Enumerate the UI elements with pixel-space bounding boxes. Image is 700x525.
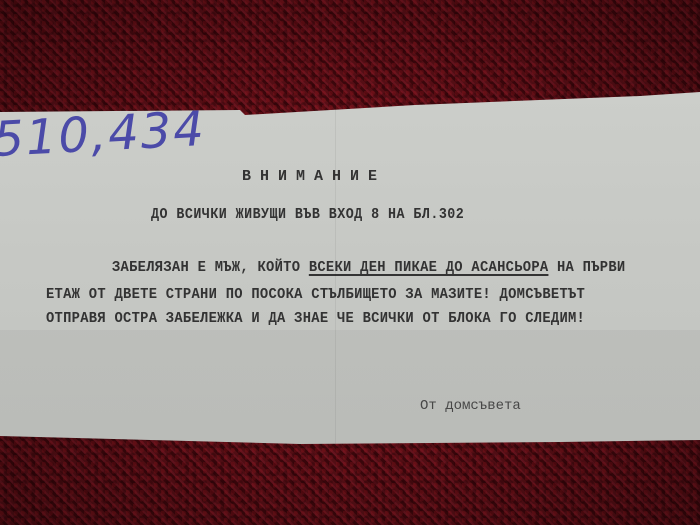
paper-note: 510,434 ВНИМАНИЕ ДО ВСИЧКИ ЖИВУЩИ ВЪВ ВХ… bbox=[0, 0, 700, 525]
note-subtitle: ДО ВСИЧКИ ЖИВУЩИ ВЪВ ВХОД 8 НА БЛ.302 bbox=[151, 207, 464, 223]
body-line-1-start: ЗАБЕЛЯЗАН Е МЪЖ, КОЙТО bbox=[112, 259, 309, 276]
body-line-1-end: НА ПЪРВИ bbox=[548, 259, 625, 276]
body-line-1-underlined: ВСЕКИ ДЕН ПИКАЕ ДО АСАНСЬОРА bbox=[309, 259, 549, 276]
note-body-line-2: ЕТАЖ ОТ ДВЕТЕ СТРАНИ ПО ПОСОКА СТЪЛБИЩЕТ… bbox=[46, 286, 585, 303]
note-body-line-1: ЗАБЕЛЯЗАН Е МЪЖ, КОЙТО ВСЕКИ ДЕН ПИКАЕ Д… bbox=[112, 259, 625, 276]
note-signature: От домсъвета bbox=[420, 398, 521, 414]
note-body-line-3: ОТПРАВЯ ОСТРА ЗАБЕЛЕЖКА И ДА ЗНАЕ ЧЕ ВСИ… bbox=[46, 310, 585, 327]
handwritten-number: 510,434 bbox=[0, 101, 207, 168]
note-title: ВНИМАНИЕ bbox=[242, 168, 386, 185]
